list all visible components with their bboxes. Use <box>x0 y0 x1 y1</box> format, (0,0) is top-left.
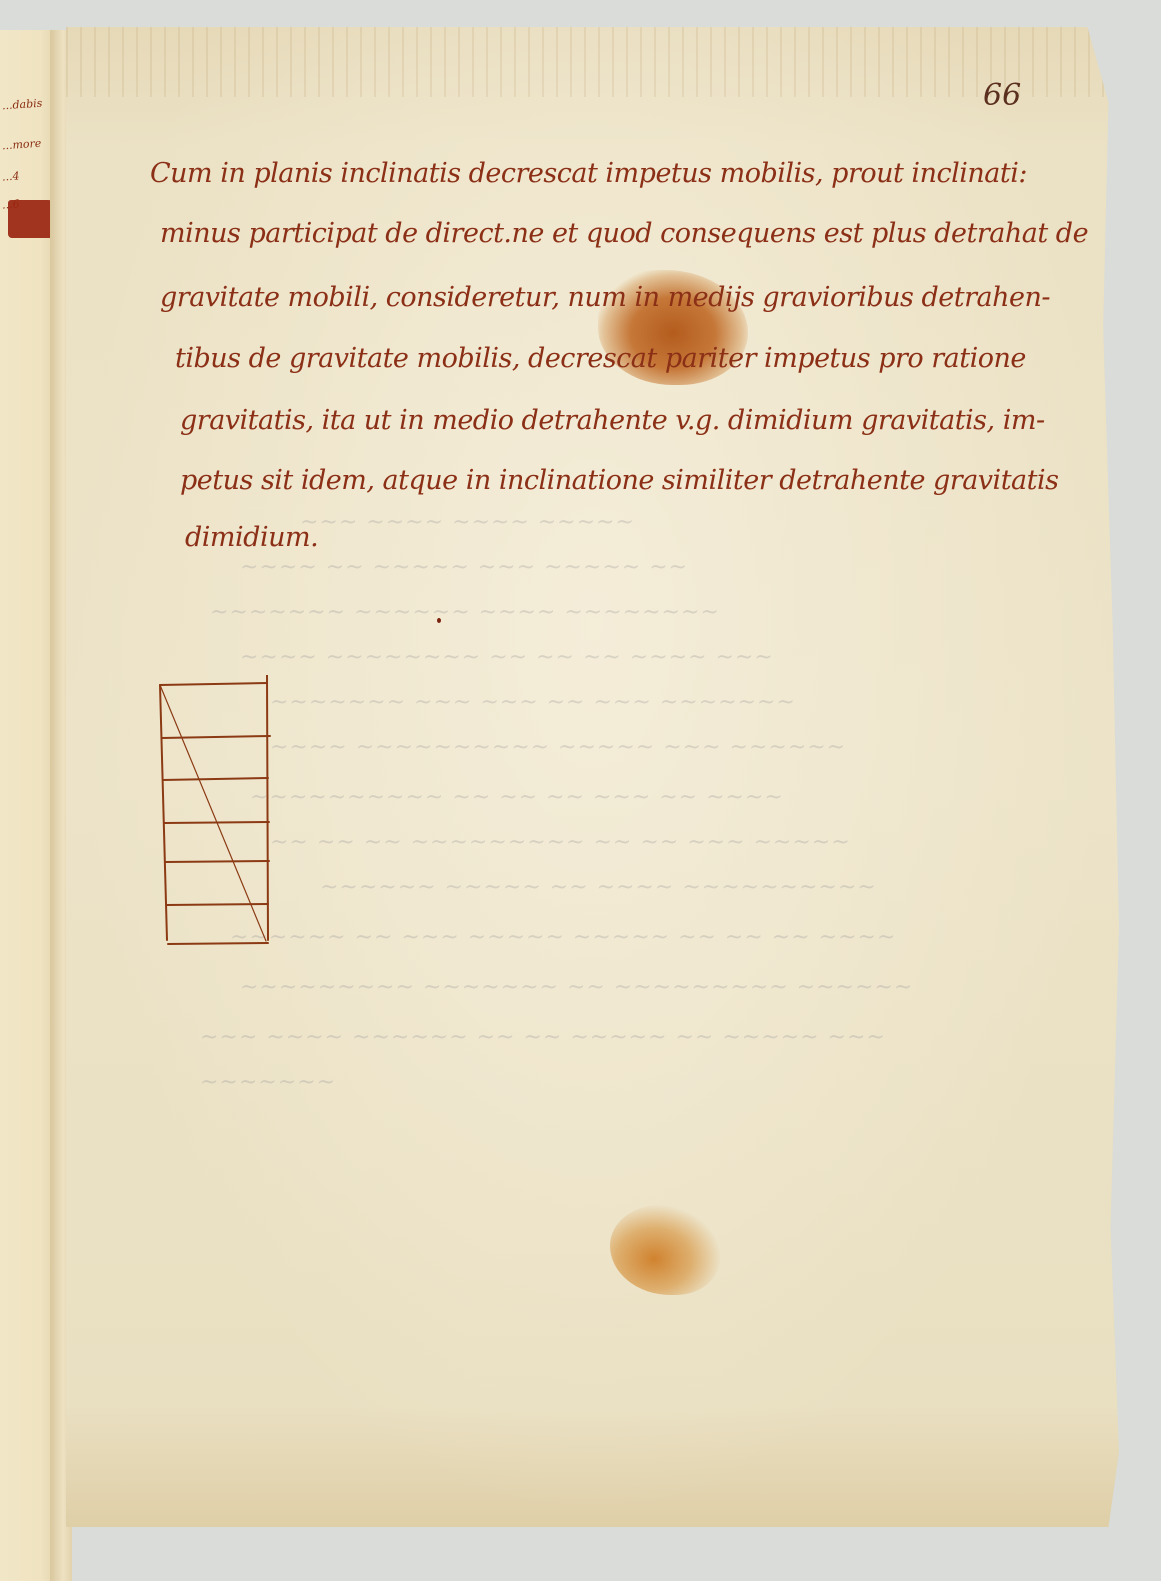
bleed-through-text: ~~~ ~~~~ ~~~~ ~~~~~ <box>300 510 635 535</box>
ink-blot <box>8 200 56 238</box>
bleed-through-text: ~~ ~~ ~~ ~~~~~~~~~ ~~ ~~ ~~~ ~~~~~ <box>270 830 851 855</box>
text-line-1: Cum in planis inclinatis decrescat impet… <box>150 158 1027 189</box>
bleed-through-text: ~~~~ ~~~~~~~~ ~~ ~~ ~~ ~~~~ ~~~ <box>240 645 774 670</box>
bleed-through-text: ~~~~~~ ~~~~~ ~~ ~~~~ ~~~~~~~~~~ <box>320 875 877 900</box>
bleed-through-text: ~~~~~~~ ~~~~~~ ~~~~ ~~~~~~~~ <box>210 600 720 625</box>
bleed-through-text: ~~~~~~~~~ ~~~~~~~ ~~ ~~~~~~~~~ ~~~~~~ <box>240 975 913 1000</box>
bleed-through-text: ~~~ ~~~~ ~~~~~~ ~~ ~~ ~~~~~ ~~ ~~~~~ ~~~ <box>200 1025 886 1050</box>
bleed-through-text: ~~~~ ~~ ~~~~~ ~~~ ~~~~~ ~~ <box>240 555 688 580</box>
folio-number: 66 <box>983 78 1021 113</box>
bleed-through-text: ~~~~~~~~~~ ~~ ~~ ~~ ~~~ ~~ ~~~~ <box>250 785 784 810</box>
text-line-7: dimidium. <box>185 522 318 553</box>
margin-note: ...dabis <box>2 97 43 113</box>
bleed-through-text: ~~~~~~~ ~~~ ~~~ ~~ ~~~ ~~~~~~~ <box>270 690 796 715</box>
ink-dot <box>437 618 441 623</box>
ruled-rectangle-diagram <box>150 675 290 955</box>
bleed-through-text: ~~~~~~~ <box>200 1070 336 1095</box>
text-line-2: minus participat de direct.ne et quod co… <box>160 218 1088 249</box>
bleed-through-text: ~~~~~~ ~~ ~~~ ~~~~~ ~~~~~ ~~ ~~ ~~ ~~~~ <box>230 925 896 950</box>
margin-note: ...4 <box>2 169 20 183</box>
bleed-through-text: ~~~~ ~~~~~~~~~~ ~~~~~ ~~~ ~~~~~~ <box>270 735 846 760</box>
text-line-4: tibus de gravitate mobilis, decrescat pa… <box>175 343 1026 374</box>
margin-note: ...more <box>2 137 42 153</box>
text-line-5: gravitatis, ita ut in medio detrahente v… <box>180 405 1045 436</box>
text-line-3: gravitate mobili, consideretur, num in m… <box>160 282 1050 313</box>
text-line-6: petus sit idem, atque in inclinatione si… <box>180 465 1058 496</box>
